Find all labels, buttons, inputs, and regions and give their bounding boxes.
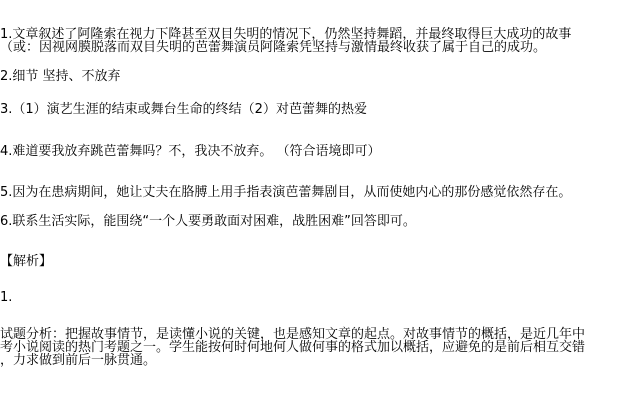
answer-5: 5.因为在患病期间，她让丈夫在胳膊上用手指表演芭蕾舞剧目，从而使她内心的那份感觉… xyxy=(0,186,571,200)
analysis-line-3: ，力求做到前后一脉贯通。 xyxy=(0,354,156,368)
answer-6: 6.联系生活实际，能围绕“一个人要勇敢面对困难，战胜困难”回答即可。 xyxy=(0,215,416,229)
analysis-heading: 【解析】 xyxy=(0,255,52,269)
answer-1-line-2: （或：因视网膜脱落而双目失明的芭蕾舞演员阿隆索凭坚持与激情最终收获了属于自己的成… xyxy=(0,41,546,55)
answer-2: 2.细节 坚持、不放弃 xyxy=(0,70,121,84)
analysis-number: 1. xyxy=(0,291,12,305)
answer-3: 3.（1）演艺生涯的结束或舞台生命的终结（2）对芭蕾舞的热爱 xyxy=(0,103,367,117)
answer-4: 4.难道要我放弃跳芭蕾舞吗？不，我决不放弃。 （符合语境即可） xyxy=(0,145,381,159)
